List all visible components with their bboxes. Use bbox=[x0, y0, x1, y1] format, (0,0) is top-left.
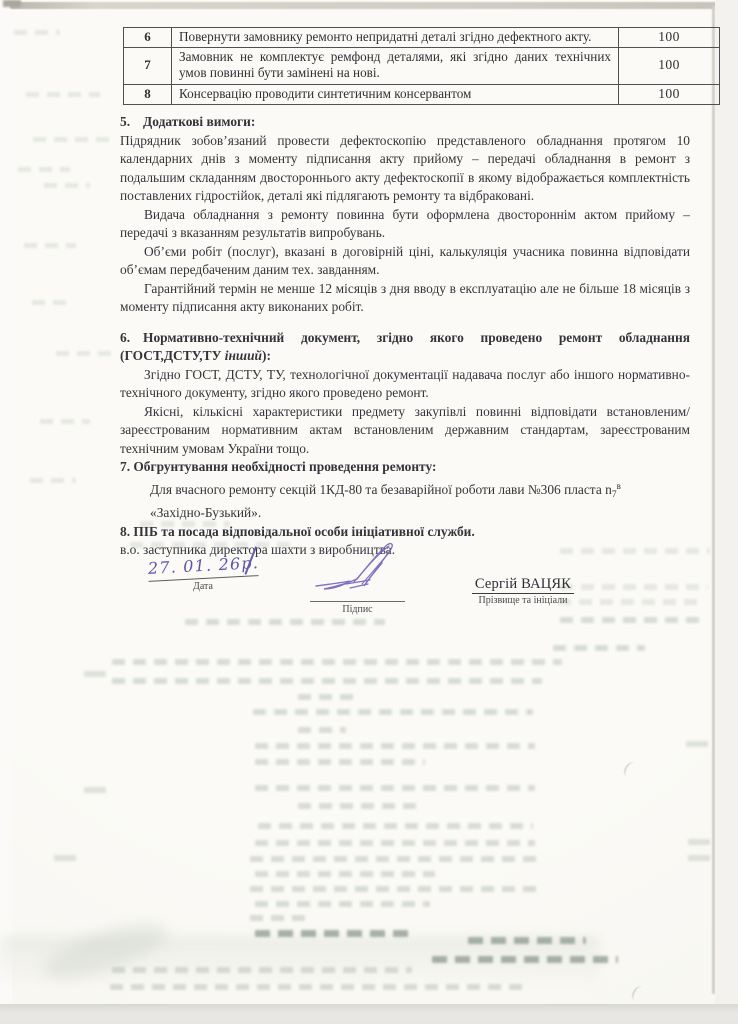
handwritten-date: 27. 01. 26р. bbox=[147, 553, 258, 582]
bleed-through-line bbox=[468, 937, 586, 944]
bleed-through-line bbox=[432, 956, 618, 963]
bleed-through-line bbox=[255, 785, 535, 791]
document-paragraph: Гарантійний термін не менше 12 місяців з… bbox=[120, 280, 690, 317]
bleed-through-line bbox=[112, 659, 562, 665]
bleed-through-line bbox=[110, 984, 530, 990]
requirements-table: 6 Повернути замовнику ремонто непридатні… bbox=[123, 27, 720, 105]
document-paragraph: Для вчасного ремонту секцій 1КД-80 та бе… bbox=[120, 477, 690, 523]
bleed-through-line bbox=[250, 915, 305, 921]
scan-corner-artifact bbox=[3, 0, 21, 7]
section-6-heading: 6.Нормативно-технічний документ, згідно … bbox=[120, 329, 690, 366]
row-number-cell: 6 bbox=[124, 28, 172, 48]
date-field: 27. 01. 26р. Дата bbox=[148, 556, 258, 592]
table-row: 6 Повернути замовнику ремонто непридатні… bbox=[124, 28, 720, 48]
bleed-through-line bbox=[255, 840, 535, 846]
seam-index-subscript: 7 bbox=[612, 490, 617, 500]
bleed-through-line bbox=[688, 855, 710, 861]
bleed-through-line bbox=[112, 967, 412, 973]
document-paragraph: Видача обладнання з ремонту повинна бути… bbox=[120, 206, 690, 243]
bleed-through-line bbox=[84, 671, 106, 677]
handwritten-signature bbox=[310, 542, 405, 596]
bleed-through-line bbox=[24, 243, 76, 248]
bleed-through-line bbox=[255, 871, 435, 877]
signature-field: Підпис bbox=[310, 542, 405, 615]
scan-top-shadow bbox=[10, 2, 720, 9]
document-paragraph: Якісні, кількісні характеристики предмет… bbox=[120, 403, 690, 459]
bleed-through-line bbox=[686, 741, 708, 747]
signature-label: Підпис bbox=[310, 604, 405, 615]
document-body: 5.Додаткові вимоги: Підрядник зобов’язан… bbox=[120, 113, 690, 560]
bleed-through-line bbox=[33, 137, 115, 142]
name-label: Прізвище та ініціали bbox=[456, 595, 590, 606]
seam-index-superscript: в bbox=[617, 481, 621, 491]
bleed-through-line bbox=[84, 787, 106, 793]
name-field: Сергій ВАЦЯК Прізвище та ініціали bbox=[456, 575, 590, 606]
table-row: 7 Замовник не комплектує ремфонд деталям… bbox=[124, 48, 720, 84]
bleed-through-line bbox=[298, 803, 420, 809]
bleed-through-line bbox=[250, 886, 540, 892]
section-number: 6. bbox=[120, 330, 130, 345]
bleed-through-line bbox=[56, 351, 116, 356]
paragraph-text: Для вчасного ремонту секцій 1КД-80 та бе… bbox=[150, 482, 612, 497]
row-number-cell: 7 bbox=[124, 48, 172, 84]
bleed-through-line bbox=[258, 823, 533, 829]
bleed-through-line bbox=[688, 839, 710, 845]
bleed-through-line bbox=[40, 419, 90, 424]
table-row: 8 Консервацію проводити синтетичним конс… bbox=[124, 84, 720, 104]
signature-underline bbox=[310, 542, 405, 602]
date-text: 27. 01. 26р. bbox=[147, 553, 259, 578]
paragraph-text: «Західно-Бузький». bbox=[150, 505, 261, 520]
page-left-edge bbox=[0, 0, 12, 1005]
section-8-heading: 8. ПІБ та посада відповідальної особи ін… bbox=[120, 523, 690, 542]
bleed-through-line bbox=[298, 694, 360, 700]
bleed-through-line bbox=[26, 92, 100, 97]
value-cell: 100 bbox=[619, 28, 720, 48]
section-title: Додаткові вимоги: bbox=[143, 114, 255, 129]
bleed-through-line bbox=[32, 300, 74, 305]
scan-bottom-shadow bbox=[0, 1004, 738, 1024]
bleed-through-line bbox=[54, 855, 76, 861]
scanned-document-page: 6 Повернути замовнику ремонто непридатні… bbox=[0, 0, 738, 1024]
date-label: Дата bbox=[148, 581, 258, 592]
section-title: Нормативно-технічний документ, згідно як… bbox=[120, 330, 690, 364]
value-cell: 100 bbox=[619, 48, 720, 84]
requirement-text-cell: Повернути замовнику ремонто непридатні д… bbox=[172, 28, 619, 48]
document-paragraph: Підрядник зобов’язаний провести дефектос… bbox=[120, 132, 690, 206]
bleed-through-line bbox=[298, 727, 346, 733]
bleed-through-line bbox=[30, 478, 76, 483]
bleed-through-line bbox=[255, 901, 430, 907]
document-paragraph: Об’єми робіт (послуг), вказані в договір… bbox=[120, 243, 690, 280]
requirement-text-cell: Замовник не комплектує ремфонд деталями,… bbox=[172, 48, 619, 84]
bleed-through-line bbox=[255, 930, 415, 937]
section-title-italic: інший bbox=[225, 348, 262, 363]
section-5-heading: 5.Додаткові вимоги: bbox=[120, 113, 690, 132]
bleed-through-line bbox=[14, 30, 60, 35]
row-number-cell: 8 bbox=[124, 84, 172, 104]
bleed-through-line bbox=[44, 183, 90, 188]
scan-right-margin bbox=[715, 0, 738, 1005]
bleed-through-line bbox=[553, 645, 645, 651]
bleed-through-line bbox=[255, 759, 425, 765]
spacer bbox=[120, 317, 690, 329]
bleed-through-line bbox=[18, 167, 70, 172]
section-title-tail: ): bbox=[262, 348, 271, 363]
section-7-heading: 7. Обгрунтування необхідності проведення… bbox=[120, 458, 690, 477]
document-paragraph: Згідно ГОСТ, ДСТУ, ТУ, технологічної док… bbox=[120, 366, 690, 403]
section-number: 5. bbox=[120, 114, 130, 129]
value-cell: 100 bbox=[619, 84, 720, 104]
bleed-through-line bbox=[250, 856, 538, 862]
bleed-through-line bbox=[253, 709, 533, 715]
requirement-text-cell: Консервацію проводити синтетичним консер… bbox=[172, 84, 619, 104]
bleed-through-line bbox=[185, 619, 385, 625]
bleed-through-line bbox=[255, 743, 535, 749]
bleed-through-line bbox=[560, 617, 700, 623]
bleed-through-line bbox=[112, 678, 542, 684]
signer-name: Сергій ВАЦЯК bbox=[472, 576, 574, 594]
